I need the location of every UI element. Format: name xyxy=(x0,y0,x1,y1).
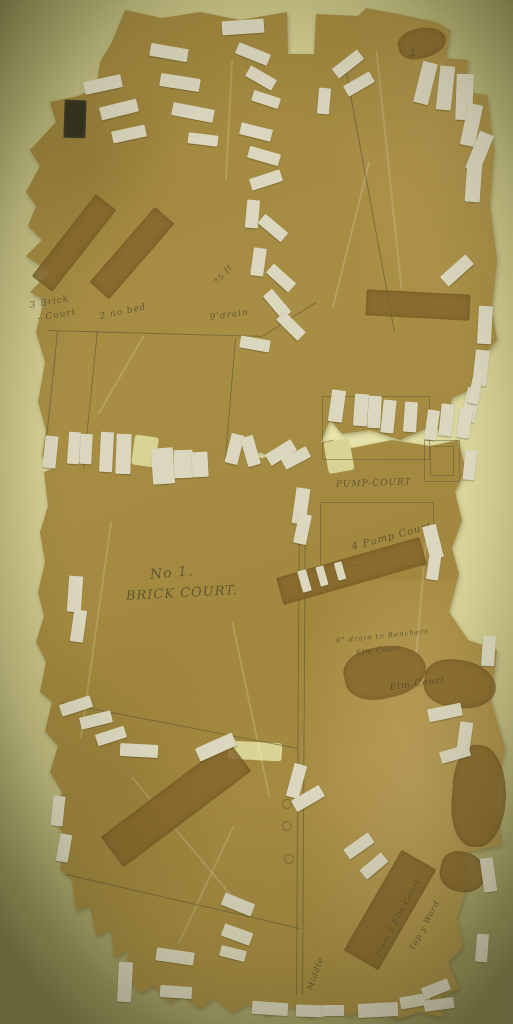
white-tape-strip xyxy=(160,985,193,999)
photo-of-taped-plan: 3 Brick- Court2 no bed9'drain75 ftNo 1.B… xyxy=(0,0,513,1024)
white-tape-strip xyxy=(151,447,175,484)
white-tape-strip xyxy=(358,1002,399,1018)
white-tape-strip xyxy=(79,434,93,465)
brown-repair-tape xyxy=(365,289,470,320)
white-tape-strip xyxy=(475,934,489,963)
white-tape-strip xyxy=(191,452,208,478)
handwritten-annotation: No 1. xyxy=(149,564,194,582)
white-tape-strip xyxy=(252,1001,289,1016)
pencil-plan-circle xyxy=(284,854,294,864)
white-tape-strip xyxy=(245,199,260,228)
white-tape-strip xyxy=(115,434,131,474)
white-tape-strip xyxy=(317,88,331,115)
dark-label xyxy=(63,100,86,139)
white-tape-strip xyxy=(120,743,159,758)
white-tape-strip xyxy=(99,432,114,473)
white-tape-strip xyxy=(481,636,496,667)
pencil-plan-circle xyxy=(282,821,292,831)
white-tape-strip xyxy=(367,396,382,429)
white-tape-strip xyxy=(403,402,418,433)
white-tape-strip xyxy=(477,306,493,345)
white-tape-strip xyxy=(67,576,83,613)
white-tape-strip xyxy=(465,162,483,203)
pencil-plan-rect xyxy=(430,446,454,476)
white-tape-strip xyxy=(322,1005,344,1016)
white-tape-strip xyxy=(117,962,133,1003)
white-tape-strip xyxy=(222,19,265,36)
